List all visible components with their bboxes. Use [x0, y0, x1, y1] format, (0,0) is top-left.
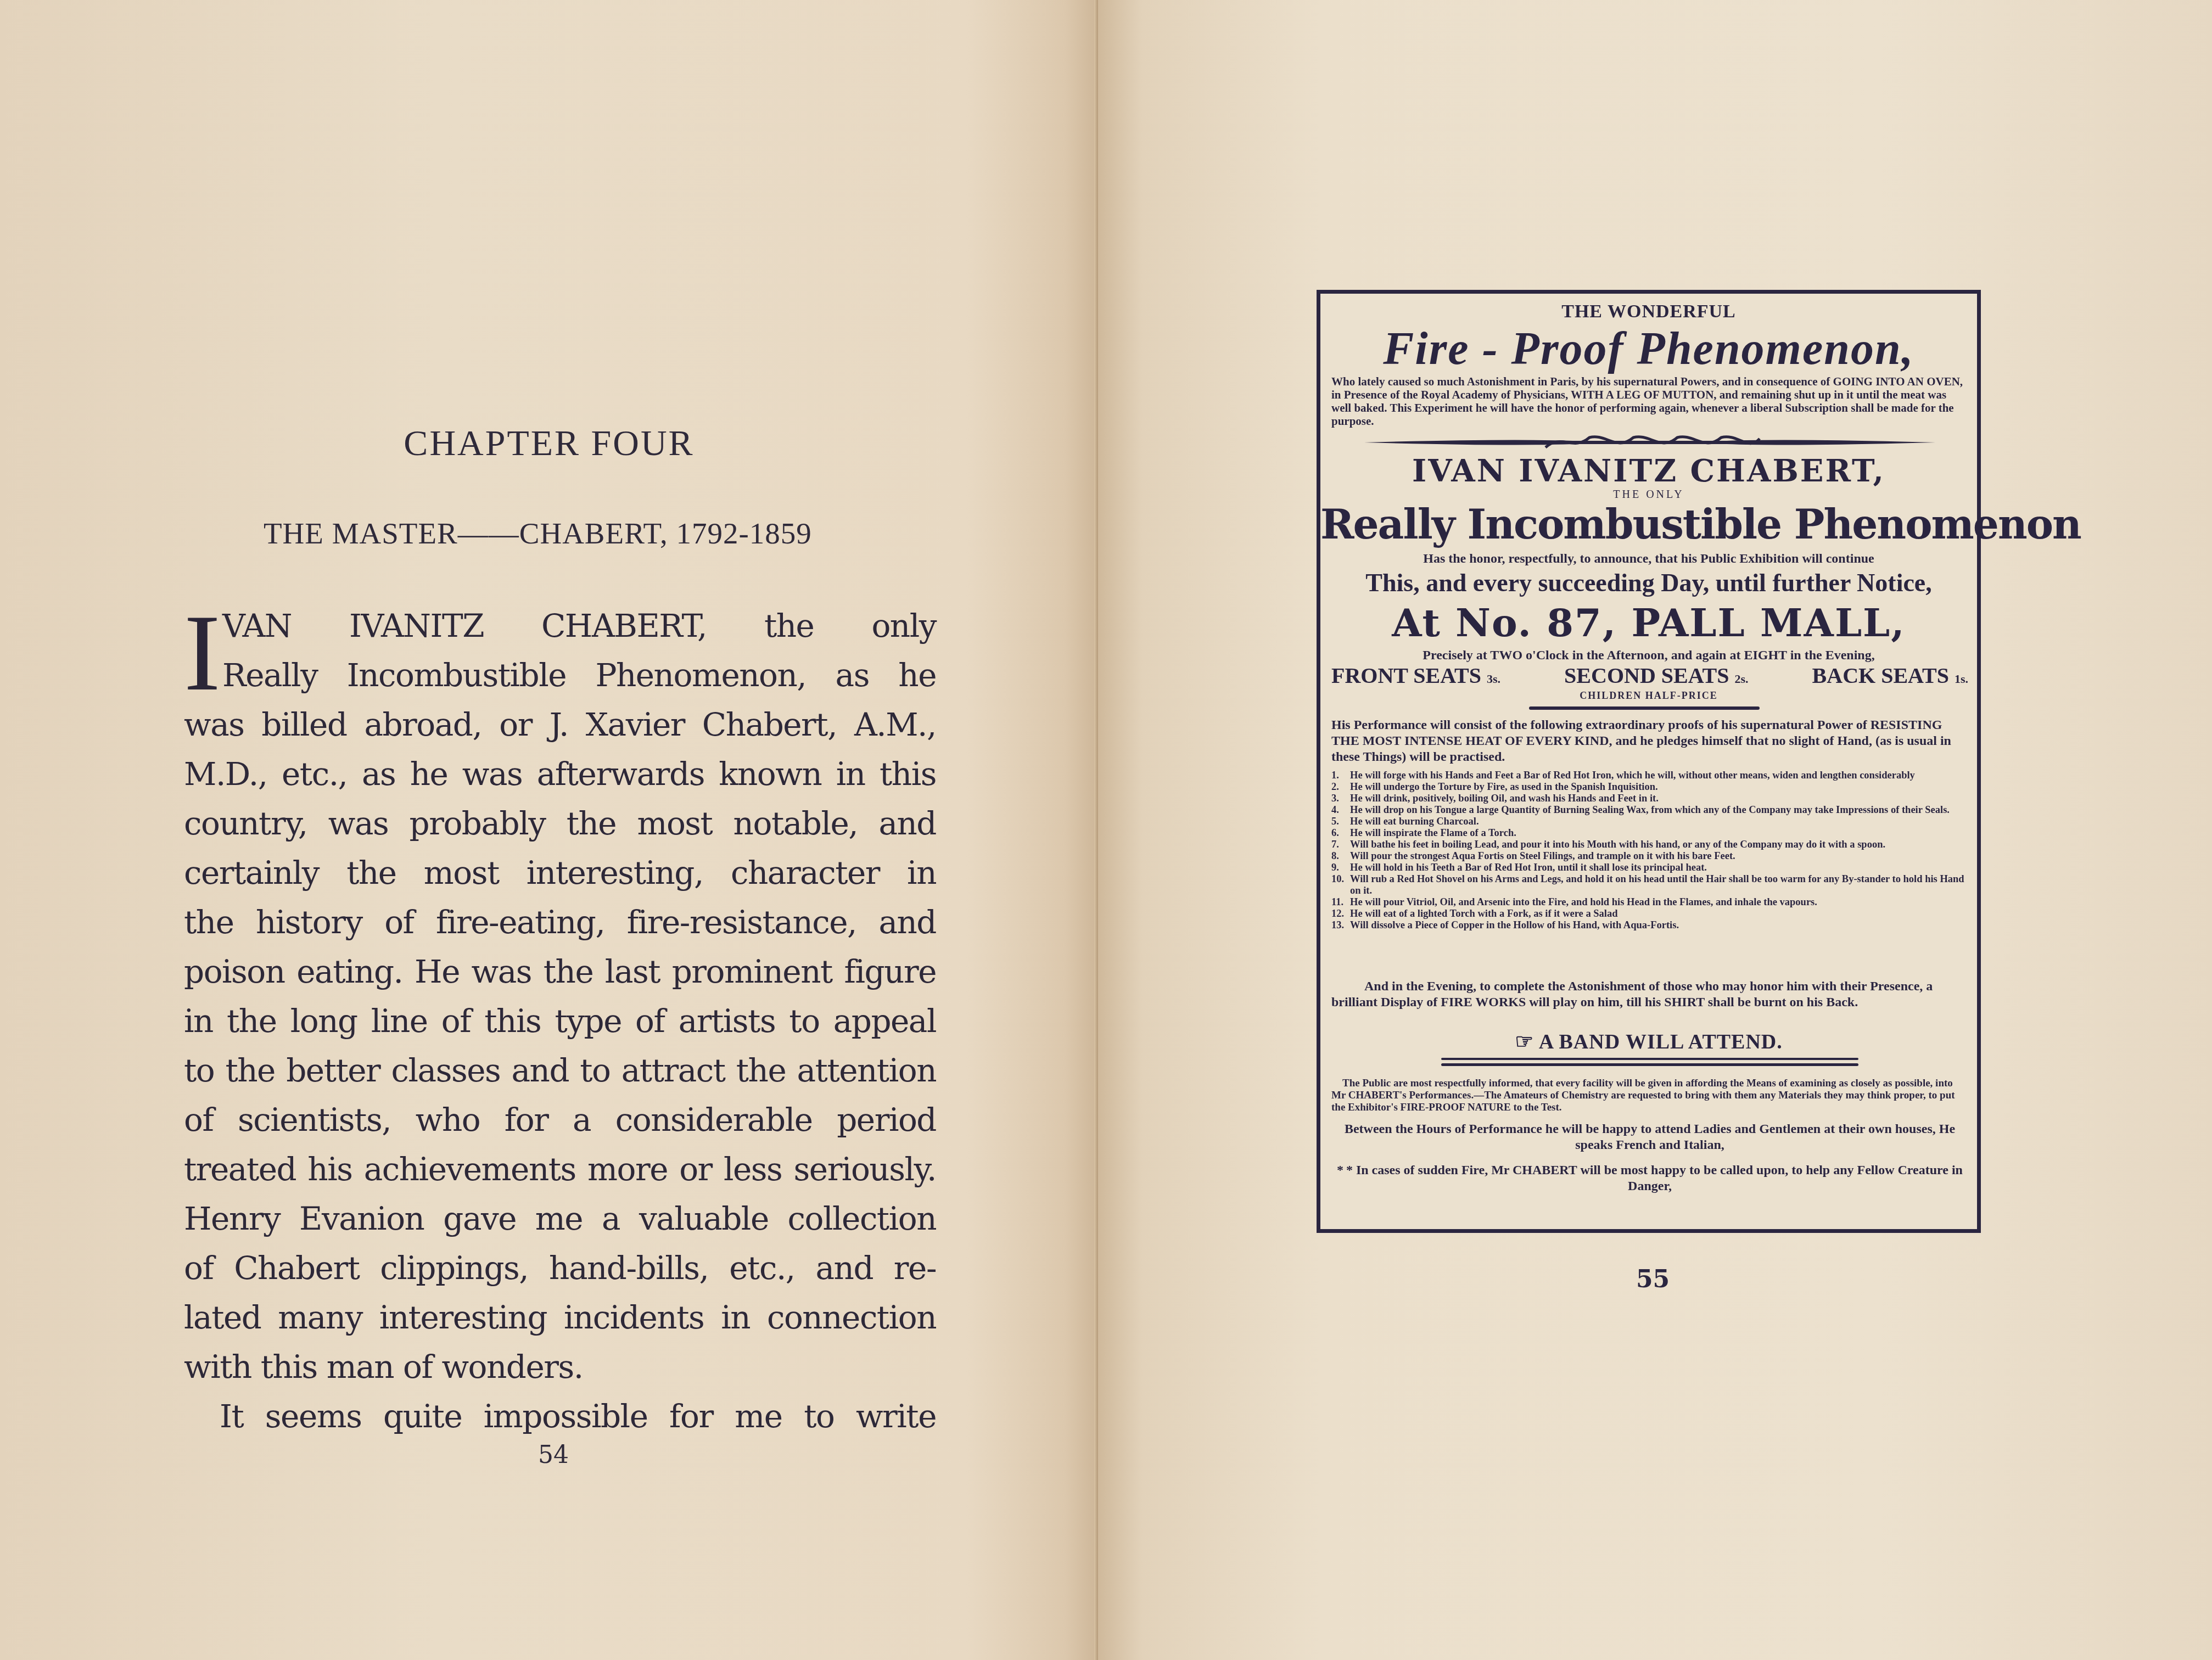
feat-item: 13.Will dissolve a Piece of Copper in th…	[1331, 920, 1968, 932]
seat-second: SECOND SEATS 2s.	[1564, 663, 1749, 688]
body-line: country, was probably the most notable, …	[184, 799, 936, 848]
feat-item: 10.Will rub a Red Hot Shovel on his Arms…	[1331, 874, 1968, 897]
evening-notice: And in the Evening, to complete the Asto…	[1331, 979, 1968, 1011]
divider-rule	[1441, 1058, 1858, 1060]
body-line-next-paragraph: It seems quite impossible for me to writ…	[184, 1392, 936, 1441]
feat-item: 7.Will bathe his feet in boiling Lead, a…	[1331, 839, 1968, 851]
body-line: Henry Evanion gave me a valuable collect…	[184, 1194, 936, 1243]
seat-prices: FRONT SEATS 3s. SECOND SEATS 2s. BACK SE…	[1331, 663, 1968, 688]
days-line: This, and every succeeding Day, until fu…	[1320, 568, 1977, 597]
body-line: certainly the most interesting, characte…	[184, 848, 936, 898]
body-line: poison eating. He was the last prominent…	[184, 947, 936, 996]
body-line: M.D., etc., as he was afterwards known i…	[184, 749, 936, 799]
feat-item: 5.He will eat burning Charcoal.	[1331, 816, 1968, 828]
performer-name: IVAN IVANITZ CHABERT,	[1320, 453, 1977, 489]
feat-item: 9.He will hold in his Teeth a Bar of Red…	[1331, 862, 1968, 874]
chapter-subtitle: THE MASTER——CHABERT, 1792-1859	[264, 516, 812, 551]
children-price: CHILDREN HALF-PRICE	[1320, 690, 1977, 702]
body-line: lated many interesting incidents in conn…	[184, 1293, 936, 1342]
body-text: VAN IVANITZ CHABERT, the only Really Inc…	[184, 601, 936, 1441]
body-line: with this man of wonders.	[184, 1342, 936, 1392]
feat-item: 2.He will undergo the Torture by Fire, a…	[1331, 782, 1968, 793]
show-times: Precisely at TWO o'Clock in the Afternoo…	[1320, 648, 1977, 663]
body-line: to the better classes and to attract the…	[184, 1046, 936, 1095]
body-line: was billed abroad, or J. Xavier Chabert,…	[184, 700, 936, 749]
honor-line: Has the honor, respectfully, to announce…	[1320, 552, 1977, 567]
feat-item: 12.He will eat of a lighted Torch with a…	[1331, 908, 1968, 920]
ornamental-divider-icon	[1364, 435, 1935, 450]
venue-address: At No. 87, PALL MALL,	[1320, 600, 1977, 646]
page-number: 55	[1636, 1265, 1670, 1293]
feat-item: 4.He will drop on his Tongue a large Qua…	[1331, 805, 1968, 816]
feat-item: 3.He will drink, positively, boiling Oil…	[1331, 793, 1968, 805]
the-only-label: THE ONLY	[1320, 489, 1977, 501]
left-page: CHAPTER FOUR THE MASTER——CHABERT, 1792-1…	[0, 0, 1098, 1660]
playbill-heading-large: Fire - Proof Phenomenon,	[1320, 322, 1977, 375]
seat-back: BACK SEATS 1s.	[1812, 663, 1968, 688]
seat-front: FRONT SEATS 3s.	[1331, 663, 1500, 688]
feat-item: 6.He will inspirate the Flame of a Torch…	[1331, 828, 1968, 839]
body-line: of Chabert clippings, hand-bills, etc., …	[184, 1243, 936, 1293]
divider-rule	[1529, 706, 1760, 710]
playbill-heading-small: THE WONDERFUL	[1320, 301, 1977, 322]
feats-list: 1.He will forge with his Hands and Feet …	[1331, 770, 1968, 932]
page-number: 54	[538, 1441, 569, 1469]
chapter-title: CHAPTER FOUR	[384, 423, 714, 464]
divider-rule	[1441, 1063, 1858, 1066]
body-line: of scientists, who for a considerable pe…	[184, 1095, 936, 1145]
body-line: VAN IVANITZ CHABERT, the only	[184, 601, 936, 650]
body-line: in the long line of this type of artists…	[184, 996, 936, 1046]
feat-item: 1.He will forge with his Hands and Feet …	[1331, 770, 1968, 782]
performance-intro: His Performance will consist of the foll…	[1331, 717, 1968, 765]
playbill-intro: Who lately caused so much Astonishment i…	[1331, 375, 1968, 428]
public-notice: The Public are most respectfully informe…	[1331, 1078, 1968, 1114]
playbill: THE WONDERFUL Fire - Proof Phenomenon, W…	[1317, 290, 1981, 1233]
band-notice: ☞ A BAND WILL ATTEND.	[1320, 1029, 1977, 1054]
body-line: the history of fire-eating, fire-resista…	[184, 898, 936, 947]
performer-title: Really Incombustible Phenomenon	[1320, 501, 1977, 548]
body-line: Really Incombustible Phenomenon, as he	[184, 650, 936, 700]
between-hours-notice: Between the Hours of Performance he will…	[1331, 1121, 1968, 1153]
feat-item: 11.He will pour Vitriol, Oil, and Arseni…	[1331, 897, 1968, 908]
feat-item: 8.Will pour the strongest Aqua Fortis on…	[1331, 851, 1968, 862]
body-line: treated his achievements more or less se…	[184, 1145, 936, 1194]
book-spread: CHAPTER FOUR THE MASTER——CHABERT, 1792-1…	[0, 0, 2212, 1660]
fire-notice: * * In cases of sudden Fire, Mr CHABERT …	[1331, 1163, 1968, 1194]
